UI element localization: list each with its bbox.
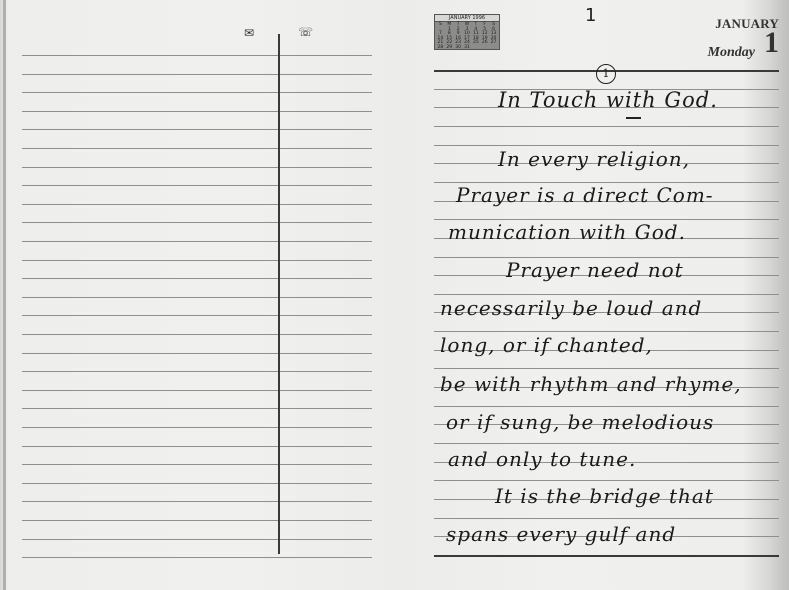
- diary-spread: ✉ ☏ 1 JANUARY 1996 SMTWTFS12345678910111…: [0, 0, 789, 590]
- calendar-day: 30: [454, 46, 463, 51]
- left-page: ✉ ☏: [0, 0, 400, 590]
- ruled-line: [22, 334, 372, 335]
- ruled-line: [22, 185, 372, 186]
- mini-calendar: JANUARY 1996 SMTWTFS12345678910111213141…: [434, 14, 500, 50]
- calendar-day: 29: [445, 46, 454, 51]
- handwritten-line: It is the bridge that: [495, 484, 714, 508]
- ruled-line: [22, 557, 372, 558]
- mini-calendar-grid: SMTWTFS123456789101112131415161718192021…: [435, 22, 499, 51]
- handwritten-line: necessarily be loud and: [440, 296, 702, 320]
- ruled-line: [22, 74, 372, 75]
- ruled-line: [22, 464, 372, 465]
- ruled-line: [22, 446, 372, 447]
- handwritten-line: munication with God.: [448, 220, 686, 244]
- handwritten-line: Prayer need not: [506, 258, 684, 282]
- mini-calendar-title: JANUARY 1996: [435, 15, 499, 22]
- calendar-day: 28: [436, 46, 445, 51]
- binding-edge: [3, 0, 6, 590]
- ruled-line: [434, 145, 779, 146]
- ruled-line: [434, 294, 779, 295]
- ruled-line: [22, 111, 372, 112]
- ruled-line: [434, 126, 779, 127]
- ruled-line: [22, 483, 372, 484]
- handwritten-line: Prayer is a direct Com-: [456, 183, 714, 207]
- ruled-line: [22, 222, 372, 223]
- calendar-day: [480, 46, 489, 51]
- ruled-line: [22, 315, 372, 316]
- ruled-line: [22, 520, 372, 521]
- title-underline: [626, 117, 641, 119]
- ruled-line: [22, 148, 372, 149]
- ruled-line: [22, 297, 372, 298]
- circled-number: 1: [596, 64, 616, 84]
- ruled-line: [22, 167, 372, 168]
- ruled-line: [22, 501, 372, 502]
- day-number: 1: [764, 28, 779, 58]
- ruled-line: [22, 260, 372, 261]
- envelope-icon: ✉: [244, 27, 254, 39]
- handwritten-line: be with rhythm and rhyme,: [440, 372, 742, 396]
- ruled-line: [22, 408, 372, 409]
- handwritten-line: or if sung, be melodious: [446, 410, 714, 434]
- handwritten-line: spans every gulf and: [446, 522, 676, 546]
- ruled-line: [22, 241, 372, 242]
- calendar-day: [489, 46, 498, 51]
- page-number-mark: 1: [585, 5, 596, 26]
- ruled-line: [22, 55, 372, 56]
- handwritten-line: long, or if chanted,: [440, 333, 653, 357]
- ruled-line: [22, 371, 372, 372]
- ruled-line: [434, 368, 779, 369]
- ruled-line: [434, 480, 779, 481]
- ruled-line: [22, 92, 372, 93]
- calendar-day: 31: [463, 46, 472, 51]
- handwritten-line: and only to tune.: [448, 447, 636, 471]
- handwritten-line: In every religion,: [498, 147, 690, 171]
- handwritten-title: In Touch with God.: [498, 88, 718, 112]
- ruled-line: [434, 331, 779, 332]
- ruled-line: [22, 129, 372, 130]
- ruled-line: [434, 443, 779, 444]
- column-divider: [278, 34, 280, 554]
- ruled-line: [22, 204, 372, 205]
- telephone-icon: ☏: [298, 26, 313, 38]
- ruled-line: [22, 390, 372, 391]
- ruled-line: [22, 278, 372, 279]
- ruled-line: [434, 518, 779, 519]
- ruled-line: [22, 427, 372, 428]
- ruled-line: [434, 406, 779, 407]
- footer-rule: [434, 555, 779, 557]
- ruled-line: [22, 353, 372, 354]
- weekday-label: Monday: [708, 45, 755, 61]
- ruled-line: [22, 539, 372, 540]
- calendar-day: [471, 46, 480, 51]
